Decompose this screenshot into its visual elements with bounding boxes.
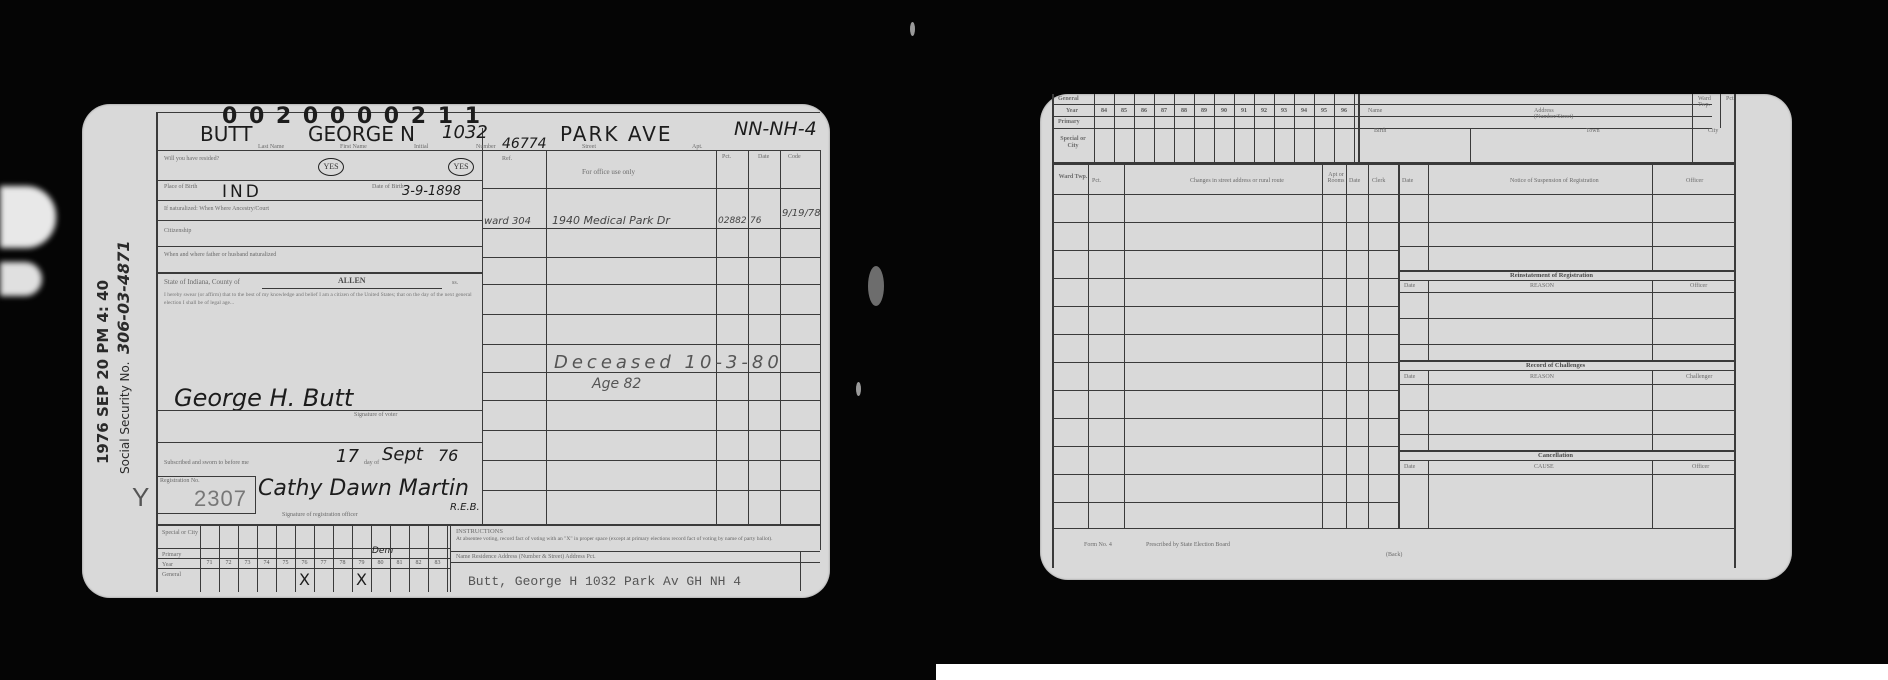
state-county-label: State of Indiana, County of [164,278,240,286]
place-of-birth-label: Place of Birth [164,184,197,190]
back-label: (Back) [1386,552,1402,558]
ward-value: NN-NH-4 [734,118,817,140]
prescribed-by: Prescribed by State Election Board [1146,542,1230,548]
front-year-cell: 73 [238,560,257,566]
back-year-cell: 91 [1234,108,1254,114]
first-name-value: GEORGE [308,122,394,146]
birth-label: Birth [1374,128,1386,134]
sworn-day: 17 [336,446,359,467]
signature-officer-label: Signature of registration officer [282,512,358,518]
back-year-cell: 90 [1214,108,1234,114]
cancellation-officer-header: Officer [1692,464,1709,470]
suspension-officer-header: Officer [1686,178,1703,184]
front-year-cell: 76 [295,560,314,566]
change-date-header: Date [1349,178,1360,184]
pct-header: Pct. [1092,178,1101,184]
back-year-cell: 85 [1114,108,1134,114]
front-year-cell: 75 [276,560,295,566]
challenger-header: Challenger [1686,374,1712,380]
registration-card-front: 1976 SEP 20 PM 4: 40 Social Security No.… [82,104,830,598]
county-value: ALLEN [338,276,366,285]
cancellation-cause-header: CAUSE [1534,464,1554,470]
oath-text: I hereby swear (or affirm) that to the b… [164,292,474,307]
office-address-entry: 1940 Medical Park Dr [552,214,670,227]
clerk-header: Clerk [1372,178,1385,184]
place-of-birth-value: IND [222,182,262,202]
scan-artifact [0,262,42,296]
front-year-cell: 72 [219,560,238,566]
received-date-stamp: 1976 SEP 20 PM 4: 40 [94,280,112,464]
age-note: Age 82 [592,376,641,392]
registration-card-back: General Year Primary Special or City Nam… [1040,94,1792,580]
typed-footer: Butt, George H 1032 Park Av GH NH 4 [468,574,741,589]
back-year-cell: 84 [1094,108,1114,114]
front-year-cell: 78 [333,560,352,566]
voter-signature: George H. Butt [174,384,353,412]
subscribed-label: Subscribed and sworn to before me [164,460,249,466]
city-label: City [1708,128,1718,134]
address-sub-label: (Number/Street) [1534,114,1573,120]
date-of-birth-value: 3-9-1898 [402,184,461,199]
town-label: Town [1586,128,1600,134]
name-label: Name [1368,108,1382,114]
front-year-cell: 81 [390,560,409,566]
ss-label: ss. [452,280,458,286]
reinstatement-reason-header: REASON [1530,283,1554,289]
code-label: Code [788,154,801,160]
year-row-label: Year [1066,108,1078,114]
back-year-cell: 88 [1174,108,1194,114]
back-year-cell: 93 [1274,108,1294,114]
instructions-body: At absentee voting, record fact of votin… [456,536,812,543]
naturalized-label: If naturalized: When Where Ancestry/Cour… [164,206,269,212]
ward-label: Ward Twp. [1698,96,1718,108]
front-year-cell: 80 [371,560,390,566]
instructions-title: INSTRUCTIONS [456,528,503,535]
general-vote-mark: X [299,570,310,589]
officer-initials: R.E.B. [450,502,480,513]
street-value: PARK AVE [560,122,673,146]
reinstatement-officer-header: Officer [1690,283,1707,289]
back-year-cell: 86 [1134,108,1154,114]
front-year-cell: 83 [428,560,447,566]
front-year-cell: 71 [200,560,219,566]
scan-speck [868,266,884,306]
ssn-value: 306-03-4871 [114,241,133,354]
general-vote-mark: X [356,570,367,589]
back-year-cell: 92 [1254,108,1274,114]
ward-twp-header: Ward Twp. [1058,174,1088,181]
back-year-cell: 95 [1314,108,1334,114]
margin-letter: Y [132,482,149,513]
back-year-cell: 87 [1154,108,1174,114]
challenges-title: Record of Challenges [1526,362,1585,369]
cancellation-title: Cancellation [1538,452,1573,459]
office-ref-entry: ward 304 [484,216,531,227]
special-row-label: Special or City [1058,136,1088,150]
pct-label: Pct. [722,154,731,160]
officer-signature: Cathy Dawn Martin [258,476,469,501]
date-label: Date [758,154,769,160]
challenges-date-header: Date [1404,374,1415,380]
suspension-date-header: Date [1402,178,1413,184]
back-year-cell: 94 [1294,108,1314,114]
initial-value: N [400,122,415,146]
special-label: Special or City [162,530,198,536]
house-number-value: 1032 [442,122,488,143]
date-of-birth-label: Date of Birth [372,184,404,190]
scan-speck [910,22,915,36]
back-year-cell: 89 [1194,108,1214,114]
ssn-label: Social Security No. [118,362,132,474]
challenges-reason-header: REASON [1530,374,1554,380]
yes-answer-1: YES [318,158,344,176]
changes-header: Changes in street address or rural route [1190,178,1284,184]
last-name-value: BUTT [200,122,252,146]
signature-voter-label: Signature of voter [354,412,397,418]
deceased-note: Deceased 10-3-80 [554,352,783,373]
registration-no-label: Registration No. [160,478,200,484]
office-code2-entry: 76 [750,216,761,226]
scan-speck [856,382,861,396]
general-label: General [162,572,181,578]
ref-label: Ref. [502,156,512,162]
office-date-entry: 9/19/78 [782,208,821,219]
form-number: Form No. 4 [1084,542,1112,548]
front-year-cell: 74 [257,560,276,566]
scan-artifact [0,186,56,248]
blank-strip [936,664,1888,680]
reinstatement-title: Reinstatement of Registration [1510,272,1593,279]
registration-no-value: 2307 [194,486,247,512]
primary-row-label: Primary [1058,119,1080,125]
back-year-cell: 96 [1334,108,1354,114]
day-of-label: day of [364,460,379,466]
father-naturalized-label: When and where father or husband natural… [164,252,276,258]
front-year-cell: 77 [314,560,333,566]
office-code1-entry: 02882 [718,216,747,226]
general-row-label: General [1058,96,1079,102]
sworn-year: 76 [438,446,458,465]
apt-rooms-header: Apt or Rooms [1324,172,1348,184]
yes-answer-2: YES [448,158,474,176]
citizenship-label: Citizenship [164,228,191,234]
front-year-cell: 79 [352,560,371,566]
sworn-month: Sept [382,444,423,465]
reinstatement-date-header: Date [1404,283,1415,289]
front-year-cell: 82 [409,560,428,566]
suspension-header: Notice of Suspension of Registration [1510,178,1599,184]
cancellation-date-header: Date [1404,464,1415,470]
footer-columns-label: Name Residence Address (Number & Street)… [456,554,596,560]
office-use-label: For office use only [582,168,635,176]
